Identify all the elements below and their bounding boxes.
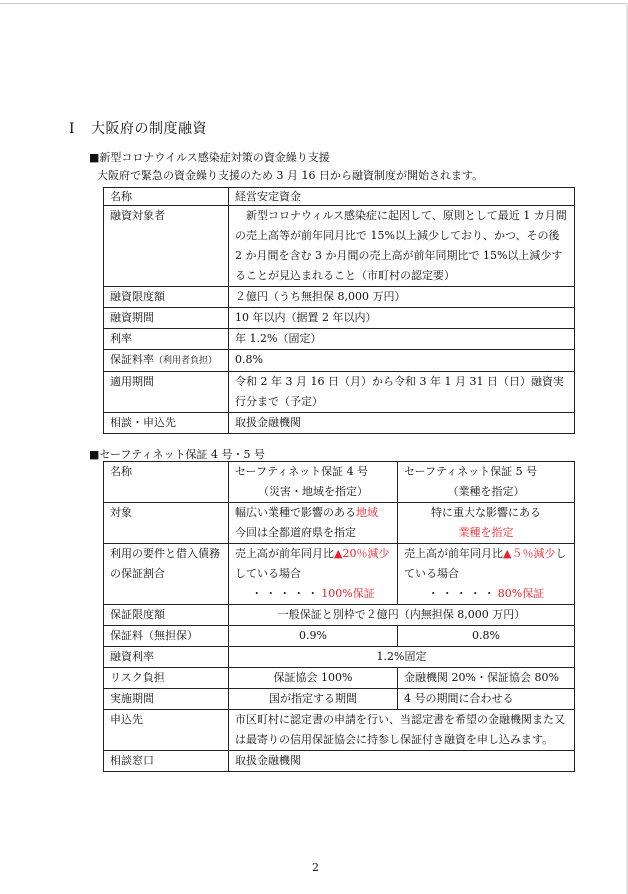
table-row: 相談・申込先 取扱金融機関 — [104, 413, 575, 434]
table-row: 融資期間 10 年以内（据置 2 年以内） — [104, 308, 575, 329]
no5-period: 4 号の期間に合わせる — [398, 689, 575, 710]
table-row: 融資対象者 新型コロナウィルス感染症に起因して、原則として最近 1 カ月間の売上… — [104, 206, 575, 287]
row-label: リスク負担 — [104, 668, 229, 689]
no5-guarantee-pct: 80%保証 — [498, 587, 544, 600]
row-value: 年 1.2%（固定） — [229, 329, 575, 350]
table-row: 融資限度額 ２億円（うち無担保 8,000 万円） — [104, 287, 575, 308]
row-value: ２億円（うち無担保 8,000 万円） — [229, 287, 575, 308]
row-label: 適用期間 — [104, 372, 229, 413]
table-row: 利率 年 1.2%（固定） — [104, 329, 575, 350]
no4-name-cell: セーフティネット保証 4 号（災害・地域を指定） — [229, 462, 398, 503]
no5-req-cell: 売上高が前年同月比▲５％減少している場合・・・・・80%保証 — [398, 544, 575, 605]
no5-req-text: 売上高が前年同月比 — [404, 547, 503, 560]
row-value: 10 年以内（据置 2 年以内） — [229, 308, 575, 329]
no5-name-cell: セーフティネット保証 5 号（業種を指定） — [398, 462, 575, 503]
row-label: 利率 — [104, 329, 229, 350]
no4-fee: 0.9% — [229, 626, 398, 647]
safetynet-heading-text: セーフティネット保証 4 号・5 号 — [99, 448, 265, 461]
label-text: 保証料率 — [110, 353, 154, 366]
no4-target-note: 今回は全都道府県を指定 — [235, 523, 391, 543]
table-row: 相談窓口 取扱金融機関 — [104, 751, 575, 772]
no4-req-cell: 売上高が前年同月比▲20％減少している場合・・・・・100%保証 — [229, 544, 398, 605]
row-label: 保証料（無担保） — [104, 626, 229, 647]
no4-req-highlight: ▲20％減少 — [334, 547, 389, 560]
table-row: 利用の要件と借入債務の保証割合 売上高が前年同月比▲20％減少している場合・・・… — [104, 544, 575, 605]
safetynet-heading: ■セーフティネット保証 4 号・5 号 — [89, 446, 265, 462]
page-number: 2 — [312, 861, 319, 874]
no4-risk: 保証協会 100% — [229, 668, 398, 689]
row-value: 令和 2 年 3 月 16 日（月）から令和 3 年 1 月 31 日（日）融資… — [229, 372, 575, 413]
no5-risk: 金融機関 20%・保証協会 80% — [398, 668, 575, 689]
row-label: 融資期間 — [104, 308, 229, 329]
no4-target-text: 幅広い業種で影響のある — [235, 506, 356, 519]
no5-fee: 0.8% — [398, 626, 575, 647]
row-value: 新型コロナウィルス感染症に起因して、原則として最近 1 カ月間の売上高等が前年同… — [229, 206, 575, 287]
section-heading: I大阪府の制度融資 — [69, 118, 207, 138]
leader-dots: ・・・・・ — [428, 587, 498, 600]
table-row: 適用期間 令和 2 年 3 月 16 日（月）から令和 3 年 1 月 31 日… — [104, 372, 575, 413]
no5-req-highlight: ▲５％減少 — [503, 547, 555, 560]
table-row: 保証料率（利用者負担） 0.8% — [104, 350, 575, 372]
no4-req-text-b: している場合 — [235, 567, 301, 580]
table-row: 名称 経営安定資金 — [104, 188, 575, 206]
no4-target-cell: 幅広い業種で影響のある地域今回は全都道府県を指定 — [229, 503, 398, 544]
limit-value: 一般保証と別枠で２億円（内無担保 8,000 万円） — [229, 605, 575, 626]
no4-period: 国が指定する期間 — [229, 689, 398, 710]
no5-name: セーフティネット保証 5 号 — [404, 462, 568, 482]
corona-loan-table: 名称 経営安定資金 融資対象者 新型コロナウィルス感染症に起因して、原則として最… — [103, 187, 575, 434]
no4-guarantee-pct: 100%保証 — [321, 587, 374, 600]
table-row: 保証料（無担保） 0.9% 0.8% — [104, 626, 575, 647]
page-top-border — [0, 3, 628, 4]
label-note: （利用者負担） — [154, 356, 217, 366]
row-label: 融資利率 — [104, 647, 229, 668]
corona-heading-text: 新型コロナウイルス感染症対策の資金繰り支援 — [99, 151, 329, 164]
corona-intro: 大阪府で緊急の資金繰り支援のため 3 月 16 日から融資制度が開始されます。 — [97, 167, 483, 183]
consult-value: 取扱金融機関 — [229, 751, 575, 772]
no5-target-text: 特に重大な影響にある — [404, 503, 568, 523]
no5-target-highlight: 業種を指定 — [404, 523, 568, 543]
no5-target-cell: 特に重大な影響にある業種を指定 — [398, 503, 575, 544]
row-label: 名称 — [104, 188, 229, 206]
row-value: 取扱金融機関 — [229, 413, 575, 434]
row-label: 保証料率（利用者負担） — [104, 350, 229, 372]
table-row: 申込先 市区町村に認定書の申請を行い、当認定書を希望の金融機関また又は最寄りの信… — [104, 710, 575, 751]
row-label: 融資限度額 — [104, 287, 229, 308]
table-row: リスク負担 保証協会 100% 金融機関 20%・保証協会 80% — [104, 668, 575, 689]
row-label: 実施期間 — [104, 689, 229, 710]
row-label: 申込先 — [104, 710, 229, 751]
row-label: 融資対象者 — [104, 206, 229, 287]
row-label: 相談・申込先 — [104, 413, 229, 434]
no4-req-text: 売上高が前年同月比 — [235, 547, 334, 560]
row-label: 対象 — [104, 503, 229, 544]
row-label: 相談窓口 — [104, 751, 229, 772]
section-title: 大阪府の制度融資 — [91, 121, 207, 137]
no4-name: セーフティネット保証 4 号 — [235, 462, 391, 482]
table-row: 対象 幅広い業種で影響のある地域今回は全都道府県を指定 特に重大な影響にある業種… — [104, 503, 575, 544]
corona-heading: ■新型コロナウイルス感染症対策の資金繰り支援 — [89, 149, 330, 165]
row-label: 利用の要件と借入債務の保証割合 — [104, 544, 229, 605]
safetynet-table: 名称 セーフティネット保証 4 号（災害・地域を指定） セーフティネット保証 5… — [103, 461, 575, 772]
table-row: 名称 セーフティネット保証 4 号（災害・地域を指定） セーフティネット保証 5… — [104, 462, 575, 503]
rate-value: 1.2%固定 — [229, 647, 575, 668]
section-number: I — [69, 121, 91, 137]
row-value: 0.8% — [229, 350, 575, 372]
square-bullet-icon: ■ — [89, 151, 99, 164]
no4-target-highlight: 地域 — [356, 506, 378, 519]
row-label: 保証限度額 — [104, 605, 229, 626]
table-row: 融資利率 1.2%固定 — [104, 647, 575, 668]
table-row: 保証限度額 一般保証と別枠で２億円（内無担保 8,000 万円） — [104, 605, 575, 626]
apply-value: 市区町村に認定書の申請を行い、当認定書を希望の金融機関また又は最寄りの信用保証協… — [229, 710, 575, 751]
row-label: 名称 — [104, 462, 229, 503]
leader-dots: ・・・・・ — [251, 587, 321, 600]
table-row: 実施期間 国が指定する期間 4 号の期間に合わせる — [104, 689, 575, 710]
no4-sub: （災害・地域を指定） — [235, 482, 391, 502]
square-bullet-icon: ■ — [89, 448, 99, 461]
row-value: 経営安定資金 — [229, 188, 575, 206]
no5-sub: （業種を指定） — [404, 482, 568, 502]
